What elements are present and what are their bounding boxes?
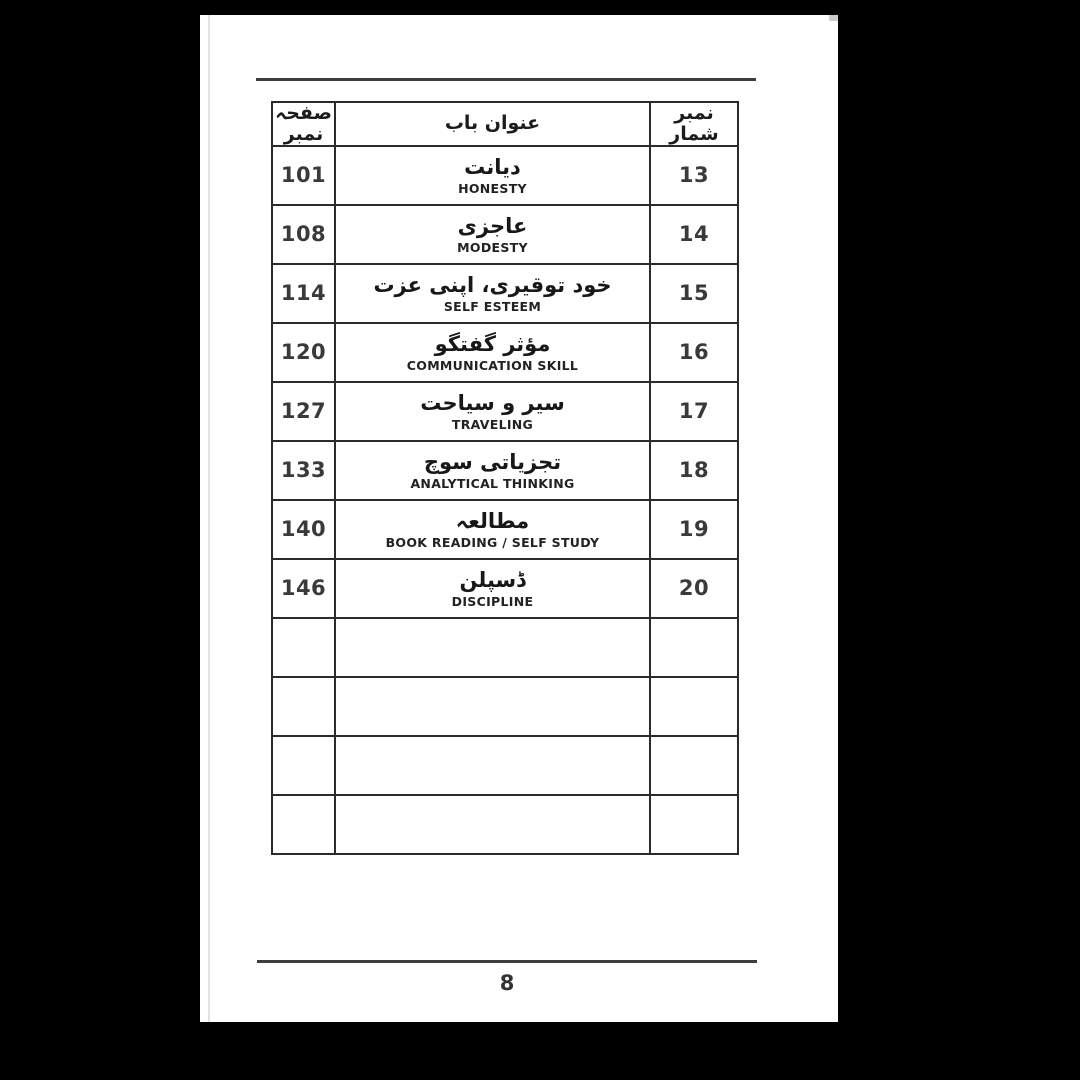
- chapter-title-english: COMMUNICATION SKILL: [336, 358, 649, 373]
- serial-number-cell: 13: [650, 146, 738, 205]
- paper-page: صفحہ نمبر عنوان باب نمبر شمار 101 دیانت …: [200, 15, 838, 1022]
- empty-cell: [272, 736, 335, 795]
- empty-table-row: [272, 736, 738, 795]
- empty-cell: [650, 618, 738, 677]
- scanned-book-page-background: { "page": { "background_color": "#000000…: [0, 0, 1080, 1080]
- chapter-title-urdu: دیانت: [336, 155, 649, 179]
- table-row: 101 دیانت HONESTY 13: [272, 146, 738, 205]
- chapter-title-urdu: تجزیاتی سوچ: [336, 450, 649, 474]
- chapter-title-cell: خود توقیری، اپنی عزت SELF ESTEEM: [335, 264, 650, 323]
- empty-table-row: [272, 795, 738, 854]
- empty-cell: [335, 618, 650, 677]
- chapter-title-english: BOOK READING / SELF STUDY: [336, 535, 649, 550]
- chapter-title-english: SELF ESTEEM: [336, 299, 649, 314]
- chapter-title-urdu: مؤثر گفتگو: [336, 332, 649, 356]
- chapter-title-cell: عاجزی MODESTY: [335, 205, 650, 264]
- toc-table: صفحہ نمبر عنوان باب نمبر شمار 101 دیانت …: [271, 101, 739, 855]
- column-header-chapter-title: عنوان باب: [335, 102, 650, 146]
- serial-number-cell: 15: [650, 264, 738, 323]
- serial-number-cell: 18: [650, 441, 738, 500]
- page-number-cell: 133: [272, 441, 335, 500]
- chapter-title-english: MODESTY: [336, 240, 649, 255]
- empty-cell: [650, 795, 738, 854]
- chapter-title-urdu: ڈسپلن: [336, 568, 649, 592]
- serial-number-cell: 19: [650, 500, 738, 559]
- chapter-title-cell: مؤثر گفتگو COMMUNICATION SKILL: [335, 323, 650, 382]
- chapter-title-urdu: سیر و سیاحت: [336, 391, 649, 415]
- page-gutter-edge: [208, 15, 210, 1022]
- header-rule: [256, 78, 756, 81]
- serial-number-cell: 17: [650, 382, 738, 441]
- serial-number-cell: 20: [650, 559, 738, 618]
- chapter-title-english: DISCIPLINE: [336, 594, 649, 609]
- chapter-title-cell: مطالعہ BOOK READING / SELF STUDY: [335, 500, 650, 559]
- empty-table-row: [272, 677, 738, 736]
- table-row: 120 مؤثر گفتگو COMMUNICATION SKILL 16: [272, 323, 738, 382]
- empty-cell: [272, 795, 335, 854]
- chapter-title-urdu: عاجزی: [336, 214, 649, 238]
- serial-number-cell: 14: [650, 205, 738, 264]
- table-row: 146 ڈسپلن DISCIPLINE 20: [272, 559, 738, 618]
- page-number-cell: 114: [272, 264, 335, 323]
- empty-cell: [272, 618, 335, 677]
- empty-cell: [650, 677, 738, 736]
- chapter-title-english: HONESTY: [336, 181, 649, 196]
- page-number-cell: 120: [272, 323, 335, 382]
- column-header-page-number: صفحہ نمبر: [272, 102, 335, 146]
- page-footer-number: 8: [257, 971, 757, 995]
- table-row: 127 سیر و سیاحت TRAVELING 17: [272, 382, 738, 441]
- serial-number-cell: 16: [650, 323, 738, 382]
- page-number-cell: 140: [272, 500, 335, 559]
- table-row: 108 عاجزی MODESTY 14: [272, 205, 738, 264]
- table-row: 133 تجزیاتی سوچ ANALYTICAL THINKING 18: [272, 441, 738, 500]
- chapter-title-cell: تجزیاتی سوچ ANALYTICAL THINKING: [335, 441, 650, 500]
- chapter-title-english: ANALYTICAL THINKING: [336, 476, 649, 491]
- corner-scan-artifact: [829, 15, 838, 21]
- empty-cell: [335, 795, 650, 854]
- page-number-cell: 101: [272, 146, 335, 205]
- chapter-title-urdu: خود توقیری، اپنی عزت: [336, 273, 649, 297]
- chapter-title-cell: سیر و سیاحت TRAVELING: [335, 382, 650, 441]
- empty-cell: [650, 736, 738, 795]
- chapter-title-cell: دیانت HONESTY: [335, 146, 650, 205]
- footer-rule: [257, 960, 757, 963]
- table-header-row: صفحہ نمبر عنوان باب نمبر شمار: [272, 102, 738, 146]
- column-header-serial-number: نمبر شمار: [650, 102, 738, 146]
- empty-cell: [272, 677, 335, 736]
- chapter-title-cell: ڈسپلن DISCIPLINE: [335, 559, 650, 618]
- chapter-title-urdu: مطالعہ: [336, 509, 649, 533]
- chapter-title-english: TRAVELING: [336, 417, 649, 432]
- empty-cell: [335, 677, 650, 736]
- empty-table-row: [272, 618, 738, 677]
- page-number-cell: 108: [272, 205, 335, 264]
- page-number-cell: 146: [272, 559, 335, 618]
- empty-cell: [335, 736, 650, 795]
- page-number-cell: 127: [272, 382, 335, 441]
- table-row: 140 مطالعہ BOOK READING / SELF STUDY 19: [272, 500, 738, 559]
- table-row: 114 خود توقیری، اپنی عزت SELF ESTEEM 15: [272, 264, 738, 323]
